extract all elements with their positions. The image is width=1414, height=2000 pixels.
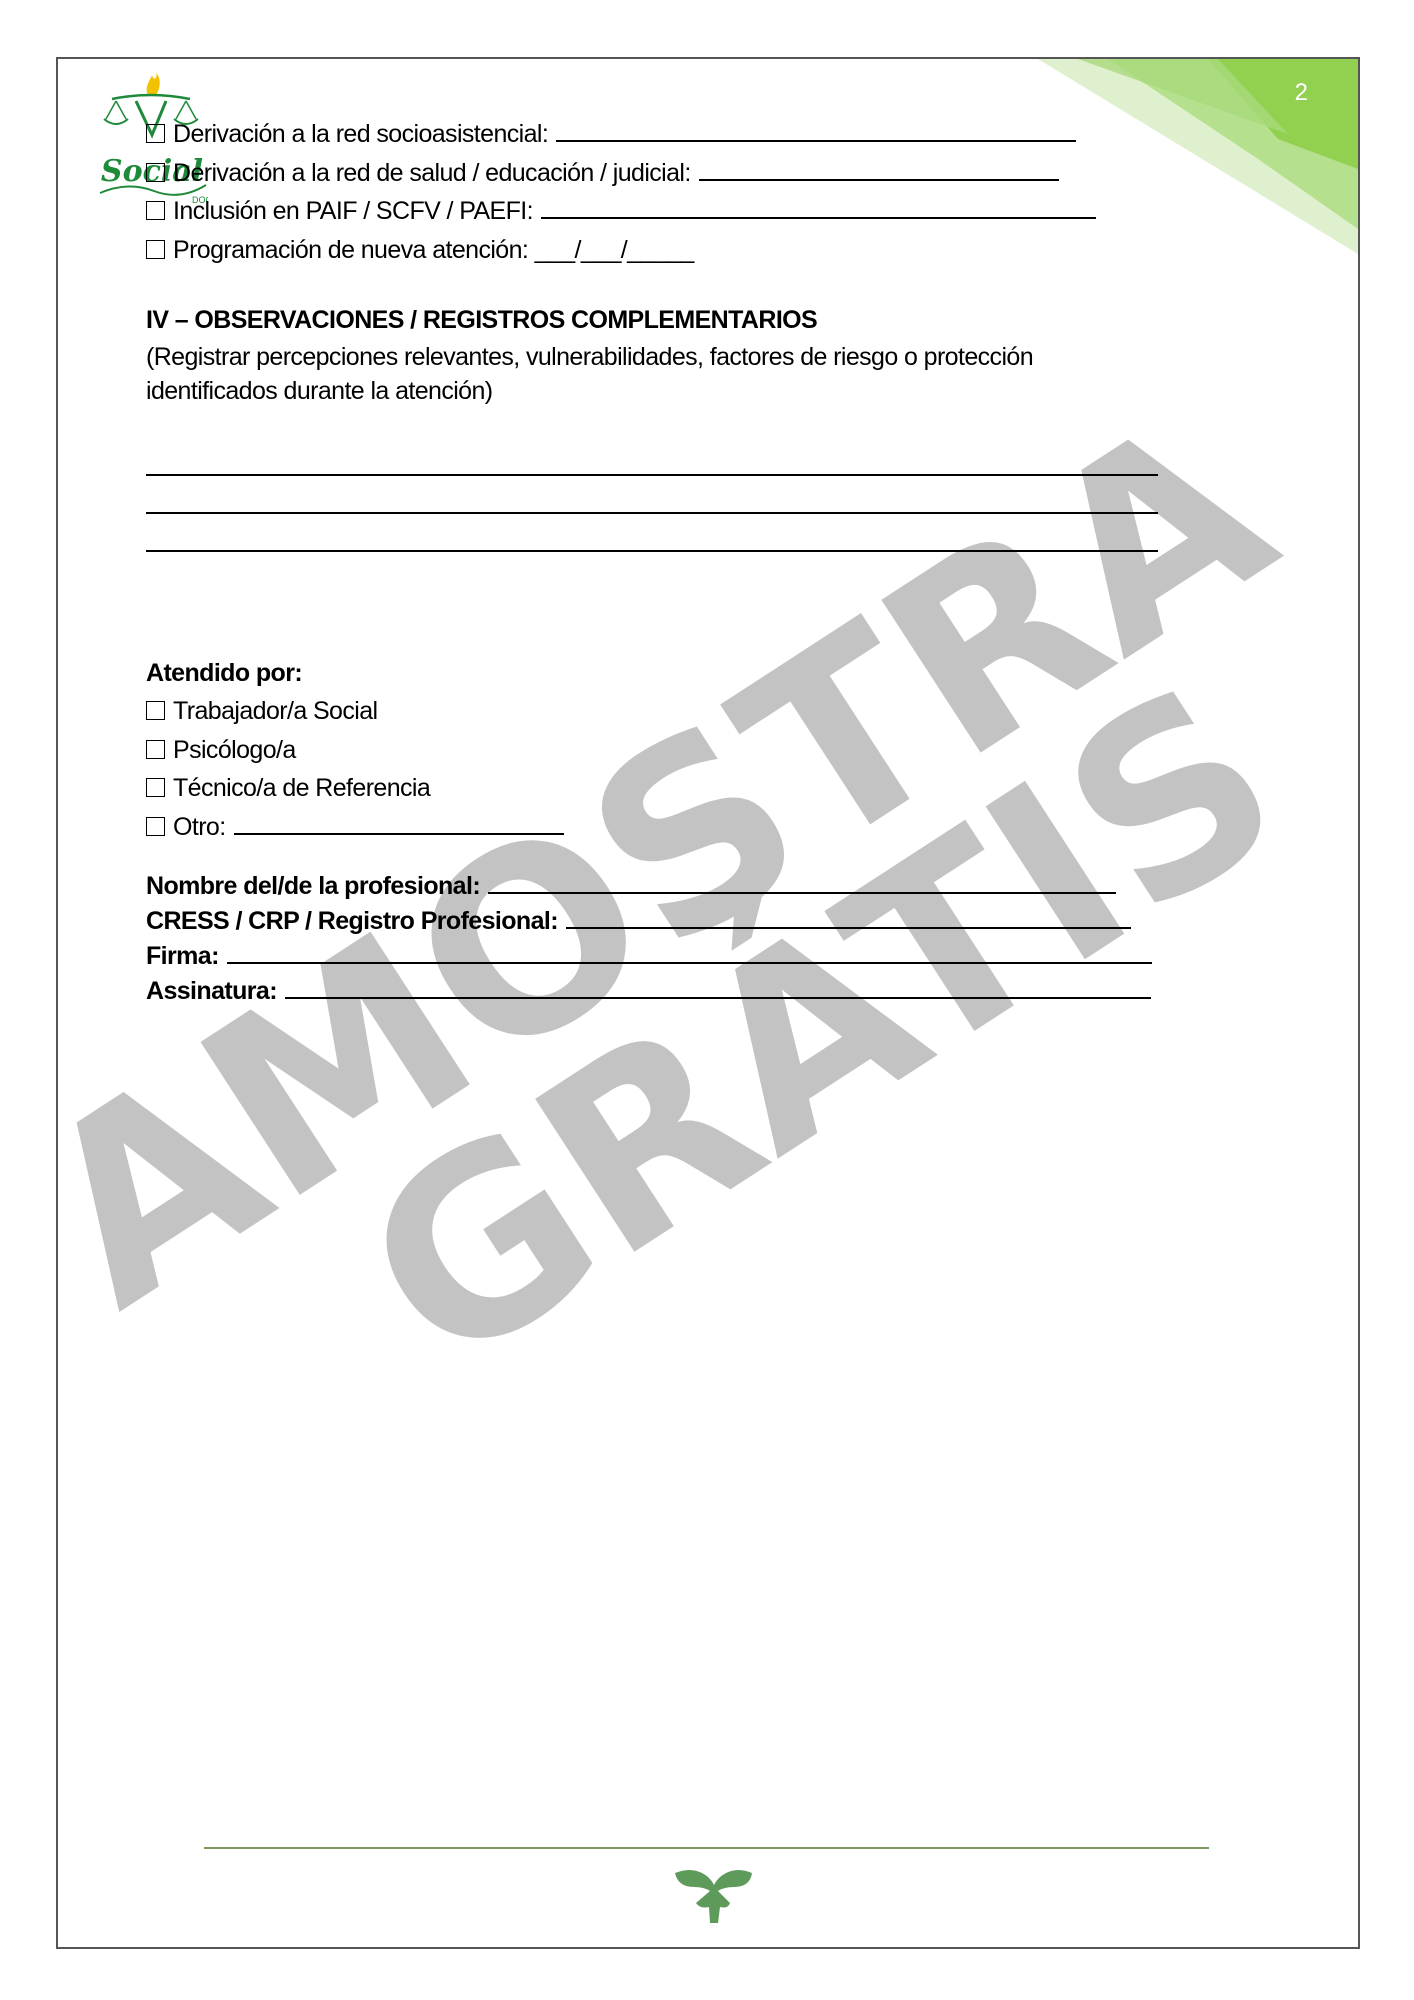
page-number: 2 xyxy=(1295,79,1308,107)
signature-field: Firma: xyxy=(146,938,1216,973)
checkbox[interactable] xyxy=(146,817,165,836)
checkbox[interactable] xyxy=(146,778,165,797)
attended-by-option: Técnico/a de Referencia xyxy=(146,769,1216,808)
other-field[interactable] xyxy=(234,809,564,835)
professional-name-input[interactable] xyxy=(488,868,1116,894)
derivation-item: Derivación a la red de salud / educación… xyxy=(146,154,1216,193)
derivation-item: Inclusión en PAIF / SCFV / PAEFI: xyxy=(146,192,1216,231)
footer-rule xyxy=(204,1847,1209,1849)
observation-line[interactable] xyxy=(146,476,1158,514)
checkbox[interactable] xyxy=(146,740,165,759)
signature-field: Assinatura: xyxy=(146,973,1216,1008)
observation-line[interactable] xyxy=(146,438,1158,476)
text-field[interactable] xyxy=(556,116,1076,142)
checkbox[interactable] xyxy=(146,124,165,143)
attended-by-option: Trabajador/a Social xyxy=(146,692,1216,731)
derivation-item: Derivación a la red socioasistencial: xyxy=(146,115,1216,154)
section-iv-instructions: identificados durante la atención) xyxy=(146,374,1216,408)
section-iv-instructions: (Registrar percepciones relevantes, vuln… xyxy=(146,340,1216,374)
attended-by-title: Atendido por: xyxy=(146,654,1216,693)
observation-line[interactable] xyxy=(146,514,1158,552)
registration-input[interactable] xyxy=(566,903,1131,929)
checkbox[interactable] xyxy=(146,201,165,220)
text-field[interactable] xyxy=(699,155,1059,181)
text-field[interactable] xyxy=(541,193,1096,219)
assinatura-input[interactable] xyxy=(285,973,1151,999)
checkbox[interactable] xyxy=(146,701,165,720)
sprout-icon xyxy=(670,1865,760,1925)
checkbox[interactable] xyxy=(146,163,165,182)
date-field[interactable]: ___/___/_____ xyxy=(535,236,694,264)
derivation-item: Programación de nueva atención: ___/___/… xyxy=(146,231,1216,270)
signature-field: CRESS / CRP / Registro Profesional: xyxy=(146,903,1216,938)
section-iv-title: IV – OBSERVACIONES / REGISTROS COMPLEMEN… xyxy=(146,301,1216,340)
signature-field: Nombre del/de la profesional: xyxy=(146,868,1216,903)
attended-by-option: Otro: xyxy=(146,808,1216,847)
checkbox[interactable] xyxy=(146,240,165,259)
firma-input[interactable] xyxy=(227,938,1152,964)
attended-by-option: Psicólogo/a xyxy=(146,731,1216,770)
form-content: Derivación a la red socioasistencial: De… xyxy=(146,115,1216,1008)
